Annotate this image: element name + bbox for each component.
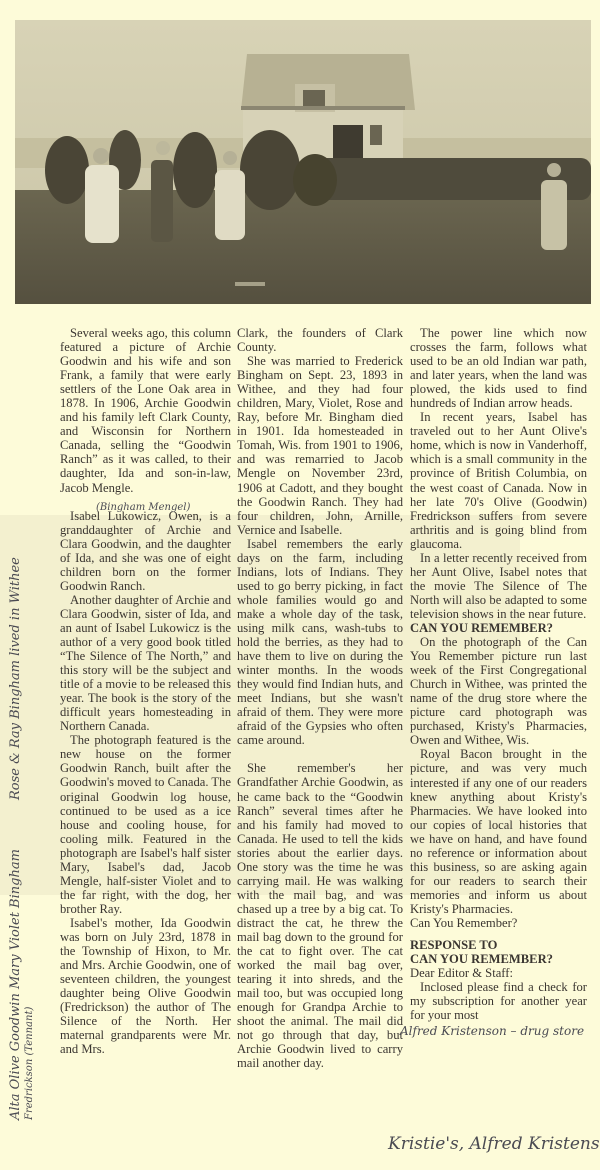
paragraph: She was married to Frederick Bingham on … [237,354,403,537]
handwritten-margin-note: Alta Olive Goodwin Mary Violet Bingham [8,849,23,1120]
section-heading: CAN YOU REMEMBER? [410,621,587,635]
article-column-1: Several weeks ago, this column featured … [60,326,231,1056]
handwritten-signature: Kristie's, Alfred Kristenson [388,1134,600,1154]
salutation: Dear Editor & Staff: [410,966,587,980]
farm-photograph [15,20,591,304]
handwritten-signature: Alfred Kristenson – drug store [400,1024,584,1038]
paragraph: On the photograph of the Can You Remembe… [410,635,587,747]
paragraph: In recent years, Isabel has traveled out… [410,410,587,550]
handwritten-note: (Bingham Mengel) [96,502,190,513]
photo-illustration [15,20,591,304]
section-heading: CAN YOU REMEMBER? [410,952,587,966]
paragraph: Inclosed please find a check for my subs… [410,980,587,1022]
paragraph: Royal Bacon brought in the picture, and … [410,747,587,916]
section-heading: RESPONSE TO [410,938,587,952]
paragraph: Isabel's mother, Ida Goodwin was born on… [60,916,231,1056]
closing-line: Can You Remember? [410,916,587,930]
paragraph: The photograph featured is the new house… [60,733,231,916]
paragraph: Another daughter of Archie and Clara Goo… [60,593,231,733]
paragraph: Clark, the founders of Clark County. [237,326,403,354]
article-column-2: Clark, the founders of Clark County. She… [237,326,403,1070]
article-column-3: The power line which now crosses the far… [410,326,587,1022]
handwritten-margin-note: Fredrickson (Tennant) [24,1007,35,1120]
paragraph: Isabel Lukowicz, Owen, is a granddaughte… [60,509,231,593]
paragraph: The power line which now crosses the far… [410,326,587,410]
paragraph: In a letter recently received from her A… [410,551,587,621]
paragraph: She remember's her Grandfather Archie Go… [237,761,403,1070]
handwritten-margin-note: Rose & Ray Bingham lived in Withee [8,557,23,800]
paragraph: Isabel remembers the early days on the f… [237,537,403,748]
paragraph: Several weeks ago, this column featured … [60,326,231,495]
